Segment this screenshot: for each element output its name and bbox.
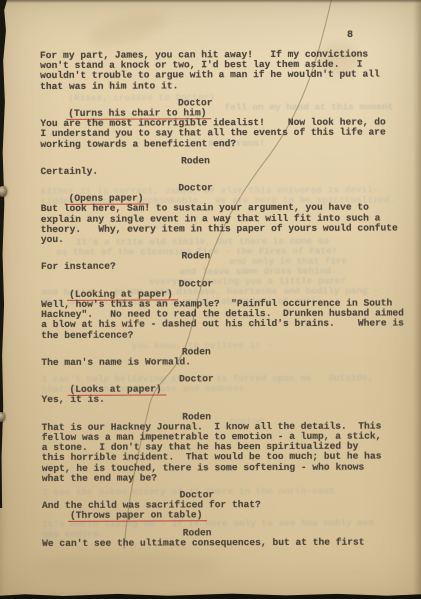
dialogue-line: We can't see the ultimate consequences, … bbox=[42, 537, 402, 549]
stage-direction-underlined: (Throws paper on table) bbox=[68, 510, 207, 523]
dialogue-paragraph: For instance? bbox=[41, 261, 401, 273]
dialogue-line: working towards a beneficient end? bbox=[40, 138, 400, 150]
dialogue-line: For instance? bbox=[41, 261, 401, 273]
dialogue-paragraph: We can't see the ultimate consequences, … bbox=[42, 537, 402, 549]
dialogue-paragraph: That is our Hackney Journal. I know all … bbox=[42, 421, 402, 484]
dialogue-line: Yes, it is. bbox=[42, 394, 402, 406]
dialogue-line: Certainly. bbox=[41, 165, 401, 177]
dialogue-line: The man's name is Wormald. bbox=[41, 356, 401, 368]
dialogue-line: you. bbox=[41, 233, 401, 245]
dialogue-paragraph: But look here, Sam! to sustain your argu… bbox=[41, 203, 401, 245]
dialogue-paragraph: Well, how's this as an example? "Painful… bbox=[41, 298, 401, 340]
stage-direction: (Throws paper on table) bbox=[70, 510, 402, 522]
dialogue-line: the beneficence? bbox=[41, 329, 401, 341]
page-number: 8 bbox=[347, 30, 353, 41]
dialogue-paragraph: For my part, James, you can hit away! If… bbox=[40, 49, 400, 91]
dialogue-paragraph: You are the most incorrigible idealist! … bbox=[40, 118, 400, 150]
scanned-script-page: (Rises, crosses to Doctor)fell on my han… bbox=[0, 0, 421, 599]
script-text-block: For my part, James, you can hit away! If… bbox=[40, 49, 402, 548]
right-edge-shadow bbox=[413, 0, 421, 599]
dialogue-paragraph: Yes, it is. bbox=[42, 394, 402, 406]
dialogue-line: that was in him into it. bbox=[40, 80, 400, 92]
dialogue-line: what the end may be? bbox=[42, 472, 402, 484]
dialogue-line: a blow at his wife - dashed out his chil… bbox=[41, 319, 401, 331]
dialogue-line: theory. Why, every item in this paper of… bbox=[41, 223, 401, 235]
top-edge-shadow bbox=[0, 0, 421, 3]
dialogue-paragraph: Certainly. bbox=[41, 165, 401, 177]
dialogue-paragraph: The man's name is Wormald. bbox=[41, 356, 401, 368]
